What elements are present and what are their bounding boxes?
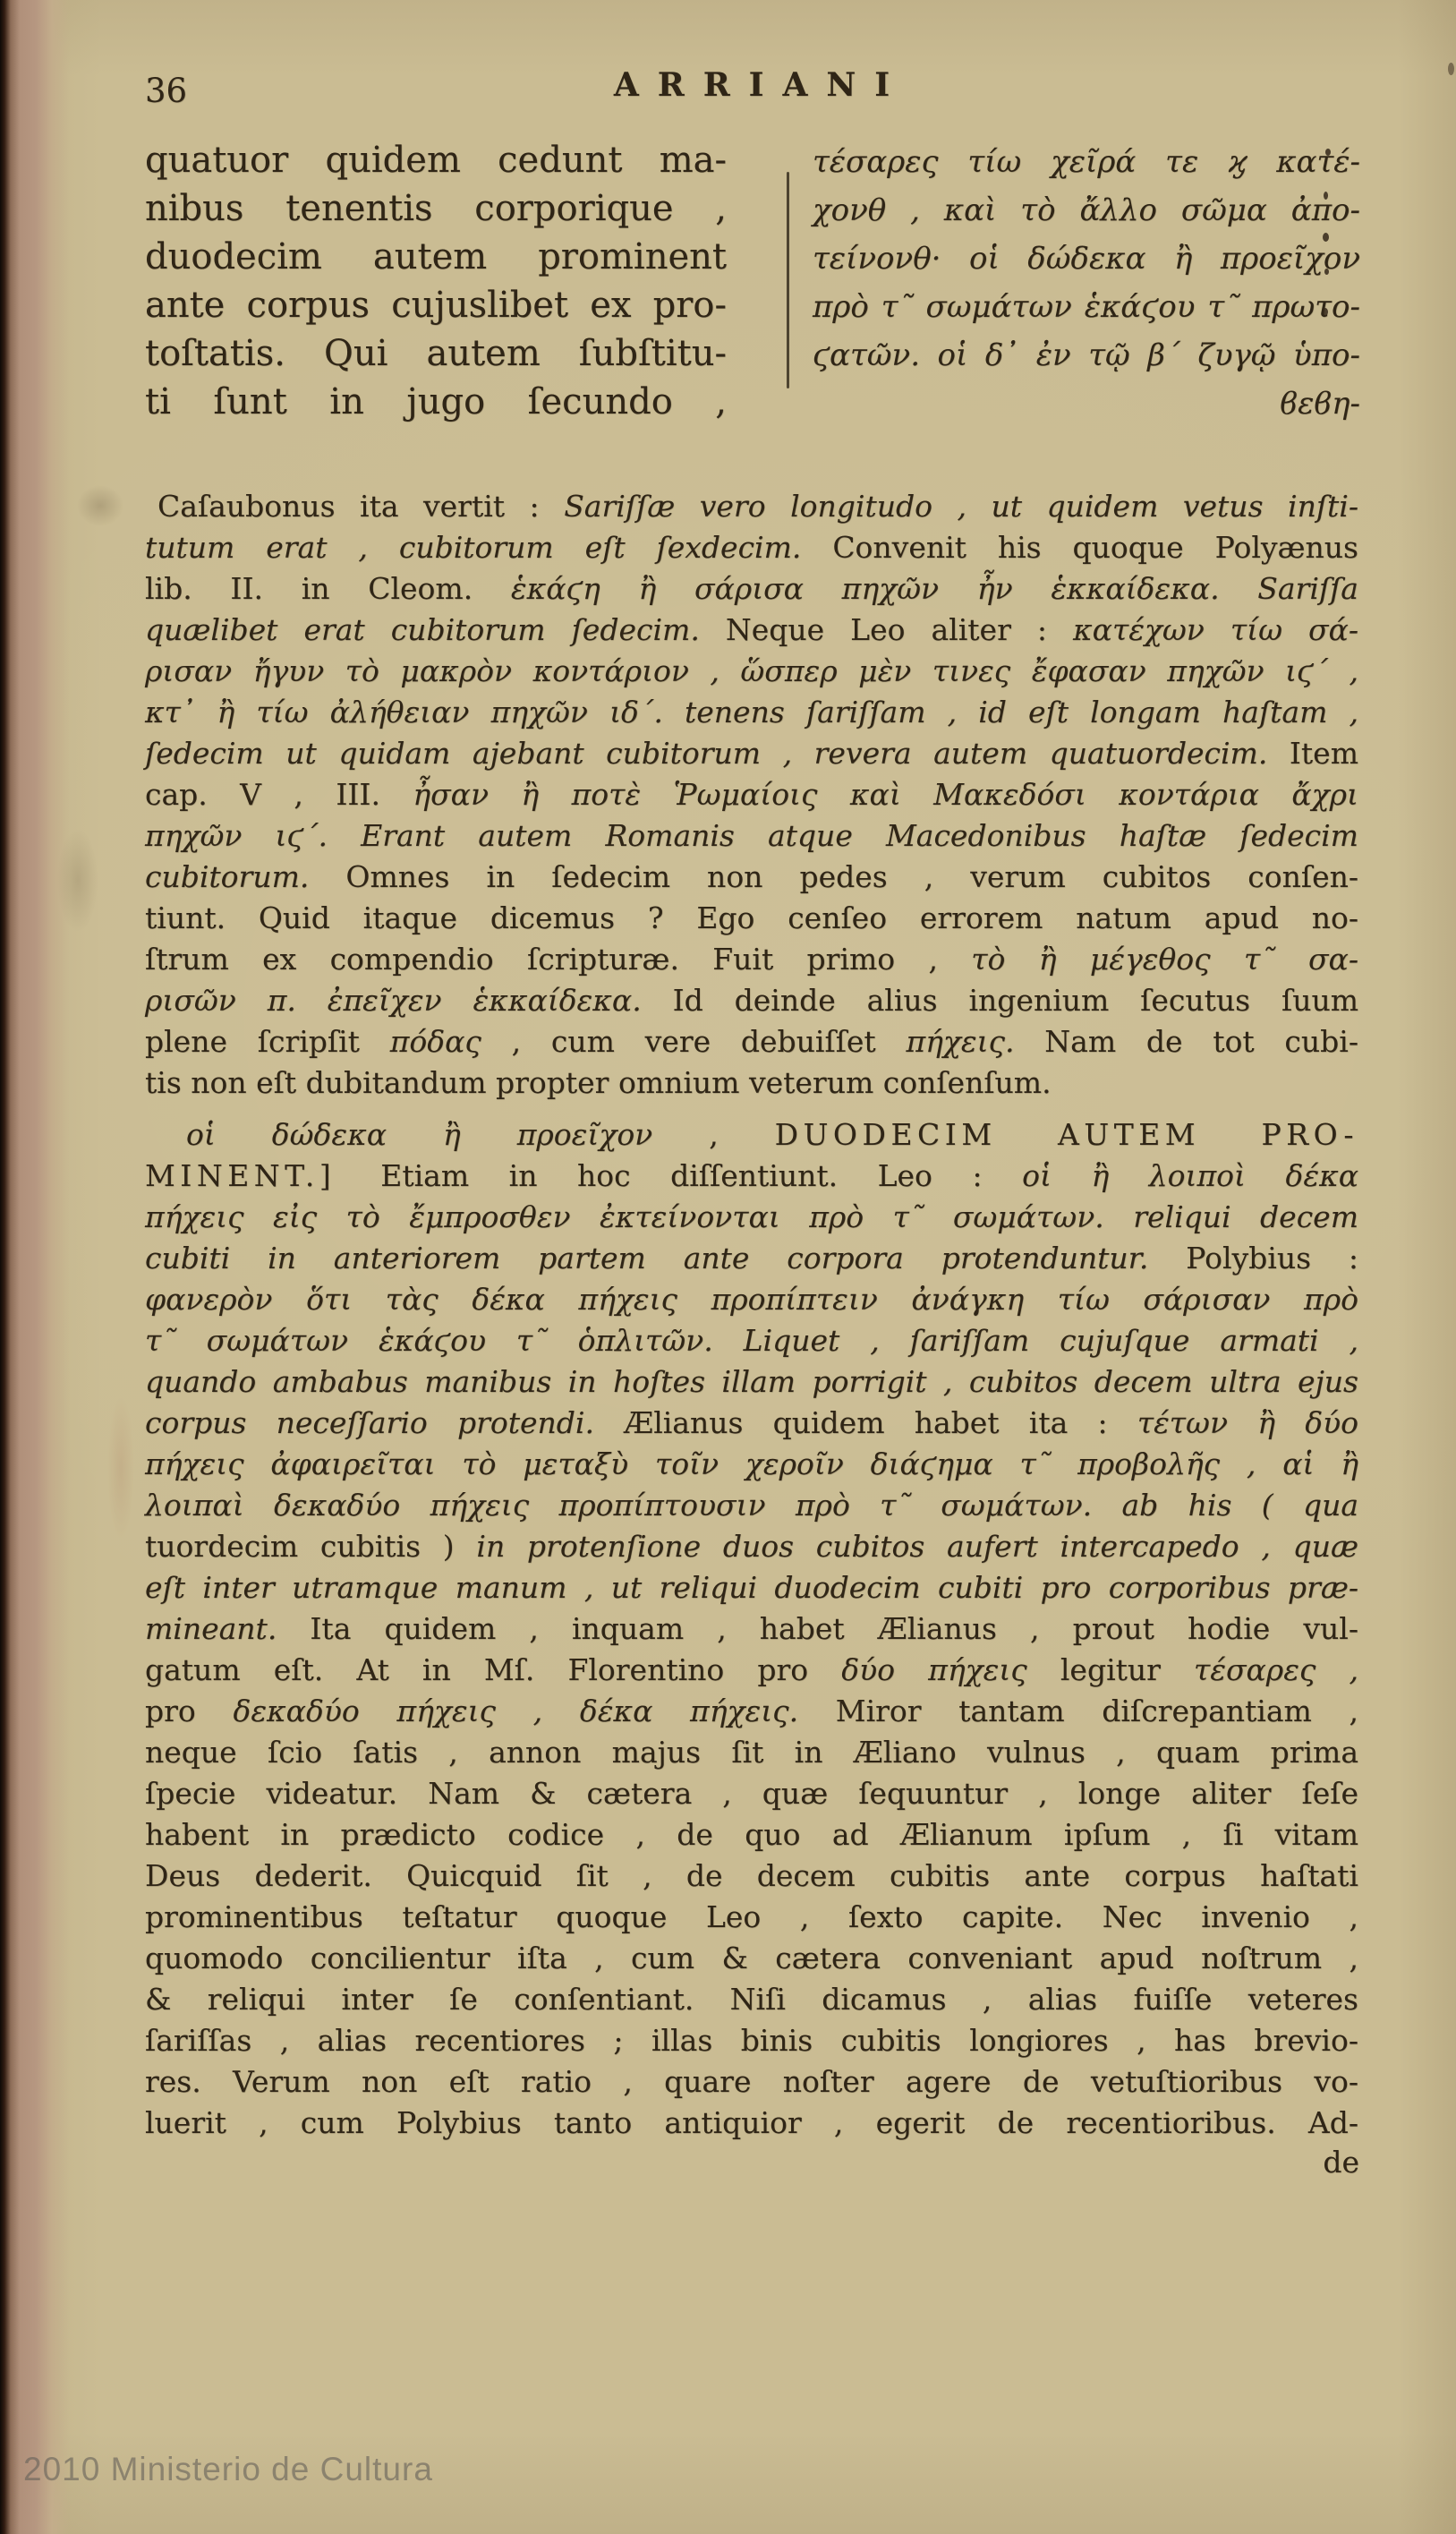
text-line: lib. II. in Cleom. ἑκάϛη ἢ σάρισα πηχῶν …	[145, 568, 1358, 610]
roman-text: prominentibus teſtatur quoque Leo , ſext…	[145, 1899, 1358, 1934]
text-line: res. Verum non eſt ratio , quare noſter …	[145, 2061, 1358, 2103]
roman-text: Neque Leo aliter :	[726, 612, 1073, 647]
text-line: neque ſcio ſatis , annon majus ſit in Æl…	[145, 1732, 1358, 1773]
copyright-watermark: 2010 Ministerio de Cultura	[23, 2451, 433, 2488]
parallel-text-section: quatuor quidem cedunt ma-nibus tenentis …	[145, 136, 1358, 440]
latin-line: ante corpus cujuslibet ex pro-	[145, 281, 727, 329]
italic-text: corpus neceſſario protendi.	[145, 1405, 624, 1440]
text-line: tiunt. Quid itaque dicemus ? Ego cenſeo …	[145, 898, 1358, 939]
greek-text: τέτων ἢ δύο	[1137, 1405, 1358, 1440]
roman-text: habent in prædicto codice , de quo ad Æl…	[145, 1817, 1358, 1852]
text-line: plene ſcripſit πόδας , cum vere debuiſſe…	[145, 1021, 1358, 1062]
latin-line: duodecim autem prominent	[145, 233, 727, 281]
text-line: ρισῶν π. ἐπεῖχεν ἑκκαίδεκα. Id deinde al…	[145, 980, 1358, 1021]
text-line: MINENT.] Etiam in hoc diſſentiunt. Leo :…	[145, 1156, 1358, 1197]
roman-text: plene ſcripſit	[145, 1024, 390, 1059]
greek-text: πόδας	[390, 1024, 512, 1059]
roman-text: tuordecim cubitis )	[145, 1529, 476, 1564]
latin-column: quatuor quidem cedunt ma-nibus tenentis …	[145, 136, 727, 426]
roman-text: Omnes in ſedecim non pedes , verum cubit…	[345, 859, 1358, 894]
roman-text: tiunt. Quid itaque dicemus ? Ego cenſeo …	[145, 900, 1358, 935]
greek-text: ρισαν ἤγυν τὸ μακρὸν κοντάριον , ὥσπερ μ…	[145, 653, 1358, 688]
roman-text: quomodo concilientur iſta , cum & cætera…	[145, 1941, 1358, 1975]
ink-speck	[1323, 308, 1328, 316]
text-line: πήχεις ἀφαιρεῖται τὸ μεταξὺ τοῖν χεροῖν …	[145, 1444, 1358, 1485]
greek-text: πήχεις εἰς τὸ ἔμπροσθεν ἐκτείνονται πρὸ …	[145, 1199, 1133, 1234]
text-line: ſtrum ex compendio ſcripturæ. Fuit primo…	[145, 939, 1358, 980]
greek-text: τέσαρες ,	[1194, 1652, 1358, 1687]
roman-text: & reliqui inter ſe conſentiant. Niſi dic…	[145, 1982, 1358, 2017]
book-page: 36 ARRIANI quatuor quidem cedunt ma-nibu…	[0, 0, 1456, 2534]
ink-speck	[1323, 233, 1329, 242]
margin-smudge	[107, 1396, 134, 1540]
italic-text: ab his ( qua	[1122, 1488, 1359, 1523]
italic-text: in protenſione duos cubitos aufert inter…	[476, 1529, 1358, 1564]
greek-line: ϐεϐη-	[813, 380, 1360, 428]
roman-text: Etiam in hoc diſſentiunt. Leo :	[380, 1158, 1022, 1193]
text-line: ſariſſas , alias recentiores ; illas bin…	[145, 2020, 1358, 2061]
roman-text: , cum vere debuiſſet	[512, 1024, 907, 1059]
text-line: quomodo concilientur iſta , cum & cætera…	[145, 1938, 1358, 1979]
roman-text: pro	[145, 1694, 233, 1728]
roman-text: gatum eſt. At in Mſ. Florentino pro	[145, 1652, 841, 1687]
greek-line: ϛατῶν. οἱ δ᾽ ἐν τῷ β´ ζυγῷ ὑπο-	[813, 331, 1360, 380]
roman-text: neque ſcio ſatis , annon majus ſit in Æl…	[145, 1735, 1358, 1770]
roman-text: ſpecie videatur. Nam & cætera , quæ ſequ…	[145, 1776, 1358, 1811]
roman-text: res. Verum non eſt ratio , quare noſter …	[145, 2064, 1358, 2099]
text-line: tis non eſt dubitandum propter omnium ve…	[145, 1062, 1358, 1104]
text-line: quælibet erat cubitorum ſedecim. Neque L…	[145, 610, 1358, 651]
book-gutter-shadow	[0, 0, 70, 2534]
text-line: cap. V , III. ἦσαν ἢ ποτὲ Ῥωμαίοις καὶ Μ…	[145, 774, 1358, 815]
roman-text: tis non eſt dubitandum propter omnium ve…	[145, 1065, 1052, 1100]
roman-text: Ita quidem , inquam , habet Ælianus , pr…	[310, 1611, 1358, 1646]
greek-text: κατέχων τίω σά-	[1073, 612, 1358, 647]
text-line: φανερὸν ὅτι τὰς δέκα πήχεις προπίπτειν ἀ…	[145, 1279, 1358, 1320]
greek-text: πήχεις ἀφαιρεῖται τὸ μεταξὺ τοῖν χεροῖν …	[145, 1446, 1358, 1481]
roman-text: Id deinde alius ingenium ſecutus ſuum	[673, 983, 1358, 1018]
text-line: cubitorum. Omnes in ſedecim non pedes , …	[145, 857, 1358, 898]
text-line: κτ᾽ ἢ τίω ἀλήθειαν πηχῶν ιδ´. tenens ſar…	[145, 692, 1358, 733]
ink-speck	[1448, 63, 1454, 75]
text-line: τ῀ σωμάτων ἑκάϛου τ῀ ὁπλιτῶν. Liquet , ſ…	[145, 1320, 1358, 1361]
roman-text: Polybius :	[1186, 1241, 1358, 1276]
text-line: prominentibus teſtatur quoque Leo , ſext…	[145, 1897, 1358, 1938]
greek-text: δεκαδύο πήχεις , δέκα πήχεις.	[233, 1694, 835, 1728]
text-line: λοιπαὶ δεκαδύο πήχεις προπίπτουσιν πρὸ τ…	[145, 1485, 1358, 1526]
roman-text: ſtrum ex compendio ſcripturæ. Fuit primo…	[145, 942, 971, 977]
greek-text: φανερὸν ὅτι τὰς δέκα πήχεις προπίπτειν ἀ…	[145, 1282, 1358, 1317]
greek-column: τέσαρες τίω χεῖρά τε ϗ κατέ-χονθ , καὶ τ…	[813, 138, 1360, 428]
greek-text: ἑκάϛη ἢ σάρισα πηχῶν ἦν ἑκκαίδεκα.	[511, 571, 1257, 606]
roman-text: Nam de tot cubi-	[1044, 1024, 1358, 1059]
italic-text: tenens ſariſſam , id eſt longam haſtam ,	[685, 695, 1358, 729]
greek-text: οἱ ἢ λοιποὶ δέκα	[1022, 1158, 1358, 1193]
greek-line: τείνονθ· οἱ δώδεκα ἢ προεῖχον	[813, 235, 1360, 283]
italic-text: reliqui decem	[1133, 1199, 1358, 1234]
text-line: Deus dederit. Quicquid ſit , de decem cu…	[145, 1856, 1358, 1897]
smallcaps-text: DUODECIM AUTEM PRO-	[775, 1117, 1358, 1152]
text-line: Caſaubonus ita vertit : Sariſſæ vero lon…	[145, 486, 1358, 527]
running-title: ARRIANI	[145, 66, 1358, 104]
greek-text: τὸ ἢ μέγεθος τ῀ σα-	[971, 942, 1358, 977]
greek-text: πήχεις.	[906, 1024, 1044, 1059]
italic-text: cubitorum.	[145, 859, 345, 894]
greek-text: πηχῶν ιϛ´.	[145, 818, 361, 853]
italic-text: quando ambabus manibus in hoſtes illam p…	[145, 1364, 1358, 1399]
text-line: tutum erat , cubitorum eſt ſexdecim. Con…	[145, 527, 1358, 568]
roman-text: cap. V , III.	[145, 777, 413, 812]
text-line: gatum eſt. At in Mſ. Florentino pro δύο …	[145, 1650, 1358, 1691]
page-number: 36	[145, 72, 187, 110]
page-header: 36 ARRIANI	[145, 66, 1358, 118]
roman-text: Item	[1290, 736, 1358, 771]
text-line: πήχεις εἰς τὸ ἔμπροσθεν ἐκτείνονται πρὸ …	[145, 1197, 1358, 1238]
italic-text: tutum erat , cubitorum eſt ſexdecim.	[145, 530, 832, 565]
italic-text: quælibet erat cubitorum ſedecim.	[145, 612, 726, 647]
roman-text: ,	[709, 1117, 774, 1152]
roman-text: Deus dederit. Quicquid ſit , de decem cu…	[145, 1858, 1358, 1893]
text-line: οἱ δώδεκα ἢ προεῖχον , DUODECIM AUTEM PR…	[145, 1114, 1358, 1156]
greek-line: τέσαρες τίω χεῖρά τε ϗ κατέ-	[813, 138, 1360, 186]
commentary-paragraph: Caſaubonus ita vertit : Sariſſæ vero lon…	[145, 486, 1358, 1104]
roman-text: legitur	[1060, 1652, 1194, 1687]
text-line: habent in prædicto codice , de quo ad Æl…	[145, 1814, 1358, 1856]
italic-text: eſt inter utramque manum , ut reliqui du…	[145, 1570, 1358, 1605]
text-line: quando ambabus manibus in hoſtes illam p…	[145, 1361, 1358, 1403]
text-line: mineant. Ita quidem , inquam , habet Æli…	[145, 1608, 1358, 1650]
greek-text: ἦσαν ἢ ποτὲ Ῥωμαίοις καὶ Μακεδόσι κοντάρ…	[413, 777, 1358, 812]
italic-text: mineant.	[145, 1611, 310, 1646]
text-line: cubiti in anteriorem partem ante corpora…	[145, 1238, 1358, 1279]
roman-text: Caſaubonus ita vertit :	[158, 489, 564, 524]
ink-speck	[1324, 269, 1329, 275]
roman-text: Miror tantam diſcrepantiam ,	[836, 1694, 1358, 1728]
roman-text: ſariſſas , alias recentiores ; illas bin…	[145, 2023, 1358, 2058]
text-line: luerit , cum Polybius tanto antiquior , …	[145, 2103, 1358, 2144]
text-line: ſedecim ut quidam ajebant cubitorum , re…	[145, 733, 1358, 774]
text-line: corpus neceſſario protendi. Ælianus quid…	[145, 1403, 1358, 1444]
ink-speck	[1325, 149, 1331, 156]
italic-text: Liquet , ſariſſam cujuſque armati ,	[744, 1323, 1358, 1358]
text-line: πηχῶν ιϛ´. Erant autem Romanis atque Mac…	[145, 815, 1358, 857]
greek-text: κτ᾽ ἢ τίω ἀλήθειαν πηχῶν ιδ´.	[145, 695, 685, 729]
margin-smudge	[77, 485, 123, 526]
greek-line: πρὸ τ῀ σωμάτων ἑκάϛου τ῀ πρωτο-	[813, 283, 1360, 331]
text-line: ρισαν ἤγυν τὸ μακρὸν κοντάριον , ὥσπερ μ…	[145, 651, 1358, 692]
greek-text: δύο πήχεις	[841, 1652, 1060, 1687]
italic-text: Sariſſæ vero longitudo , ut quidem vetus…	[564, 489, 1358, 524]
italic-text: cubiti in anteriorem partem ante corpora…	[145, 1241, 1186, 1276]
roman-text: Convenit his quoque Polyænus	[832, 530, 1358, 565]
italic-text: ſedecim ut quidam ajebant cubitorum , re…	[145, 736, 1290, 771]
commentary-paragraph: οἱ δώδεκα ἢ προεῖχον , DUODECIM AUTEM PR…	[145, 1114, 1358, 2144]
smallcaps-text: MINENT.]	[145, 1158, 380, 1193]
latin-line: quatuor quidem cedunt ma-	[145, 136, 727, 184]
roman-text: lib. II. in Cleom.	[145, 571, 511, 606]
text-line: pro δεκαδύο πήχεις , δέκα πήχεις. Miror …	[145, 1691, 1358, 1732]
latin-line: ti ſunt in jugo ſecundo ,	[145, 378, 727, 426]
greek-text: ρισῶν π. ἐπεῖχεν ἑκκαίδεκα.	[145, 983, 673, 1018]
text-line: tuordecim cubitis ) in protenſione duos …	[145, 1526, 1358, 1567]
latin-line: nibus tenentis corporique ,	[145, 184, 727, 233]
greek-text: οἱ δώδεκα ἢ προεῖχον	[186, 1117, 709, 1152]
greek-line: χονθ , καὶ τὸ ἄλλο σῶμα ἀπο-	[813, 186, 1360, 235]
roman-text: Ælianus quidem habet ita :	[624, 1405, 1137, 1440]
text-line: eſt inter utramque manum , ut reliqui du…	[145, 1567, 1358, 1608]
roman-text: luerit , cum Polybius tanto antiquior , …	[145, 2105, 1358, 2140]
latin-line: toſtatis. Qui autem ſubſtitu-	[145, 329, 727, 378]
text-line: & reliqui inter ſe conſentiant. Niſi dic…	[145, 1979, 1358, 2020]
commentary-section: Caſaubonus ita vertit : Sariſſæ vero lon…	[145, 486, 1358, 2144]
greek-text: τ῀ σωμάτων ἑκάϛου τ῀ ὁπλιτῶν.	[145, 1323, 744, 1358]
ink-speck	[1324, 192, 1328, 200]
italic-text: Sariſſa	[1257, 571, 1358, 606]
italic-text: Erant autem Romanis atque Macedonibus ha…	[361, 818, 1358, 853]
greek-text: λοιπαὶ δεκαδύο πήχεις προπίπτουσιν πρὸ τ…	[145, 1488, 1122, 1523]
text-line: ſpecie videatur. Nam & cætera , quæ ſequ…	[145, 1773, 1358, 1814]
catchword: de	[1323, 2145, 1359, 2180]
column-divider	[787, 172, 789, 388]
